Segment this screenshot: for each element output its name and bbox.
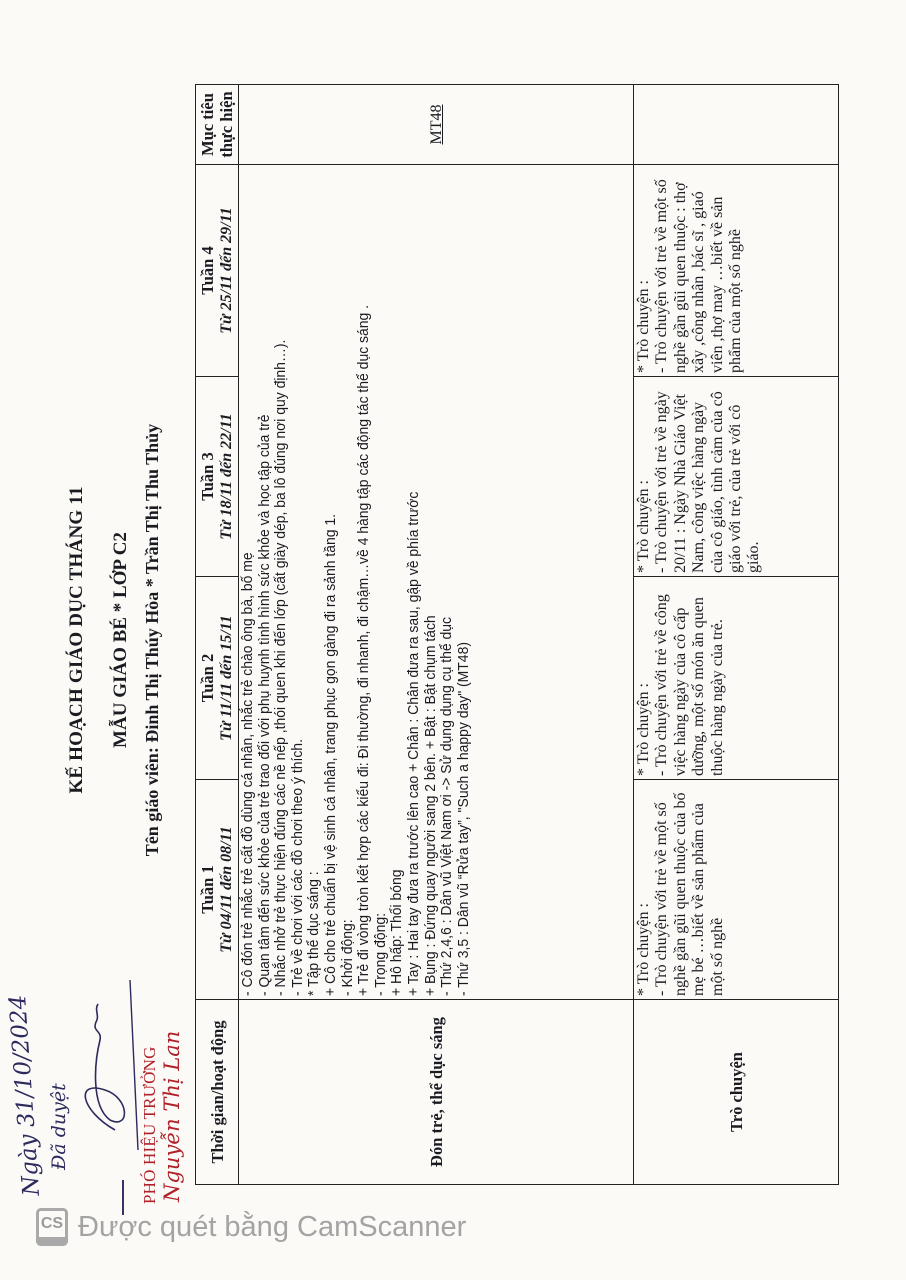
column-header-week-4: Tuần 4Từ 25/11 đến 29/11 (196, 165, 239, 377)
morning-line: - Quan tâm đến sức khỏe của trẻ trao đổi… (257, 172, 274, 996)
rotated-document-page: Ngày 31/10/2024 Đã duyệt PHÓ HIỆU TRƯỞNG… (0, 0, 906, 1280)
morning-line: + Bụng : Đứng quay người sang 2 bên. + B… (423, 172, 440, 996)
morning-line: - Trẻ về chơi với các đồ chơi theo ý thí… (290, 172, 307, 996)
approval-signature-block: Ngày 31/10/2024 Đã duyệt PHÓ HIỆU TRƯỞNG… (0, 950, 195, 1210)
goal-cell-morning: MT48 (239, 85, 634, 165)
chat-week-2: * Trò chuyện :- Trò chuyện với trẻ về cô… (634, 577, 839, 780)
approval-date: Ngày 31/10/2024 (5, 994, 45, 1197)
table-header-row: Thời gian/hoạt động Tuần 1Từ 04/11 đến 0… (196, 85, 239, 1185)
morning-line: + Cô cho trẻ chuẩn bị vệ sinh cá nhân, t… (323, 172, 340, 996)
goal-code: MT48 (428, 105, 445, 145)
column-header-goal: Mục tiêu thực hiện (196, 85, 239, 165)
chat-week-4: * Trò chuyện :- Trò chuyện với trẻ về mộ… (634, 165, 839, 377)
morning-line: - Nhắc nhở trẻ thực hiện đúng các nề nếp… (273, 172, 290, 996)
table-row: Đón trẻ, thể dục sáng - Cô đón trẻ nhắc … (239, 85, 634, 1185)
column-header-week-2: Tuần 2Từ 11/11 đến 15/11 (196, 577, 239, 780)
morning-activities-cell: - Cô đón trẻ nhắc trẻ cất đồ dùng cá nhâ… (239, 165, 634, 1000)
morning-line: + Hô hấp: Thổi bóng (389, 172, 406, 996)
teacher-names: Tên giáo viên: Đinh Thị Thúy Hòa * Trần … (142, 0, 163, 1280)
chat-week-1: * Trò chuyện :- Trò chuyện với trẻ về mộ… (634, 780, 839, 1000)
morning-line: + Tay : Hai tay đưa ra trước lên cao + C… (406, 172, 423, 996)
column-header-week-1: Tuần 1Từ 04/11 đến 08/11 (196, 780, 239, 1000)
row-label-morning: Đón trẻ, thể dục sáng (239, 1000, 634, 1185)
morning-line: + Trẻ đi vòng tròn kết hợp các kiểu đi: … (356, 172, 373, 996)
morning-line: * Tập thể dục sáng : (306, 172, 323, 996)
watermark-text: Được quét bằng CamScanner (78, 1211, 466, 1244)
table-row: Trò chuyện * Trò chuyện :- Trò chuyện vớ… (634, 85, 839, 1185)
page-title: KẾ HOẠCH GIÁO DỤC THÁNG 11 (66, 0, 88, 1280)
morning-line: - Thứ 3,5 : Dân vũ “Rửa tay”, "Such a ha… (456, 172, 473, 996)
column-header-week-3: Tuần 3Từ 18/11 đến 22/11 (196, 377, 239, 577)
row-label-chat: Trò chuyện (634, 1000, 839, 1185)
chat-week-3: * Trò chuyện :- Trò chuyện với trẻ về ng… (634, 377, 839, 577)
class-line: MẪU GIÁO BÉ * LỚP C2 (110, 0, 132, 1280)
morning-line: - Khởi động: (340, 172, 357, 996)
education-plan-table: Thời gian/hoạt động Tuần 1Từ 04/11 đến 0… (195, 84, 839, 1185)
camscanner-logo-icon: CS (36, 1208, 68, 1246)
morning-activities-text: - Cô đón trẻ nhắc trẻ cất đồ dùng cá nhâ… (240, 172, 472, 996)
morning-line: - Trọng động: (373, 172, 390, 996)
column-header-time: Thời gian/hoạt động (196, 1000, 239, 1185)
camscanner-watermark: CS Được quét bằng CamScanner (36, 1208, 466, 1246)
goal-cell-chat (634, 85, 839, 165)
approver-name: Nguyễn Thị Lan (160, 1031, 184, 1202)
morning-line: - Thứ 2,4,6 : Dân vũ Việt Nam ơi -> Sử d… (439, 172, 456, 996)
morning-line: - Cô đón trẻ nhắc trẻ cất đồ dùng cá nhâ… (240, 172, 257, 996)
